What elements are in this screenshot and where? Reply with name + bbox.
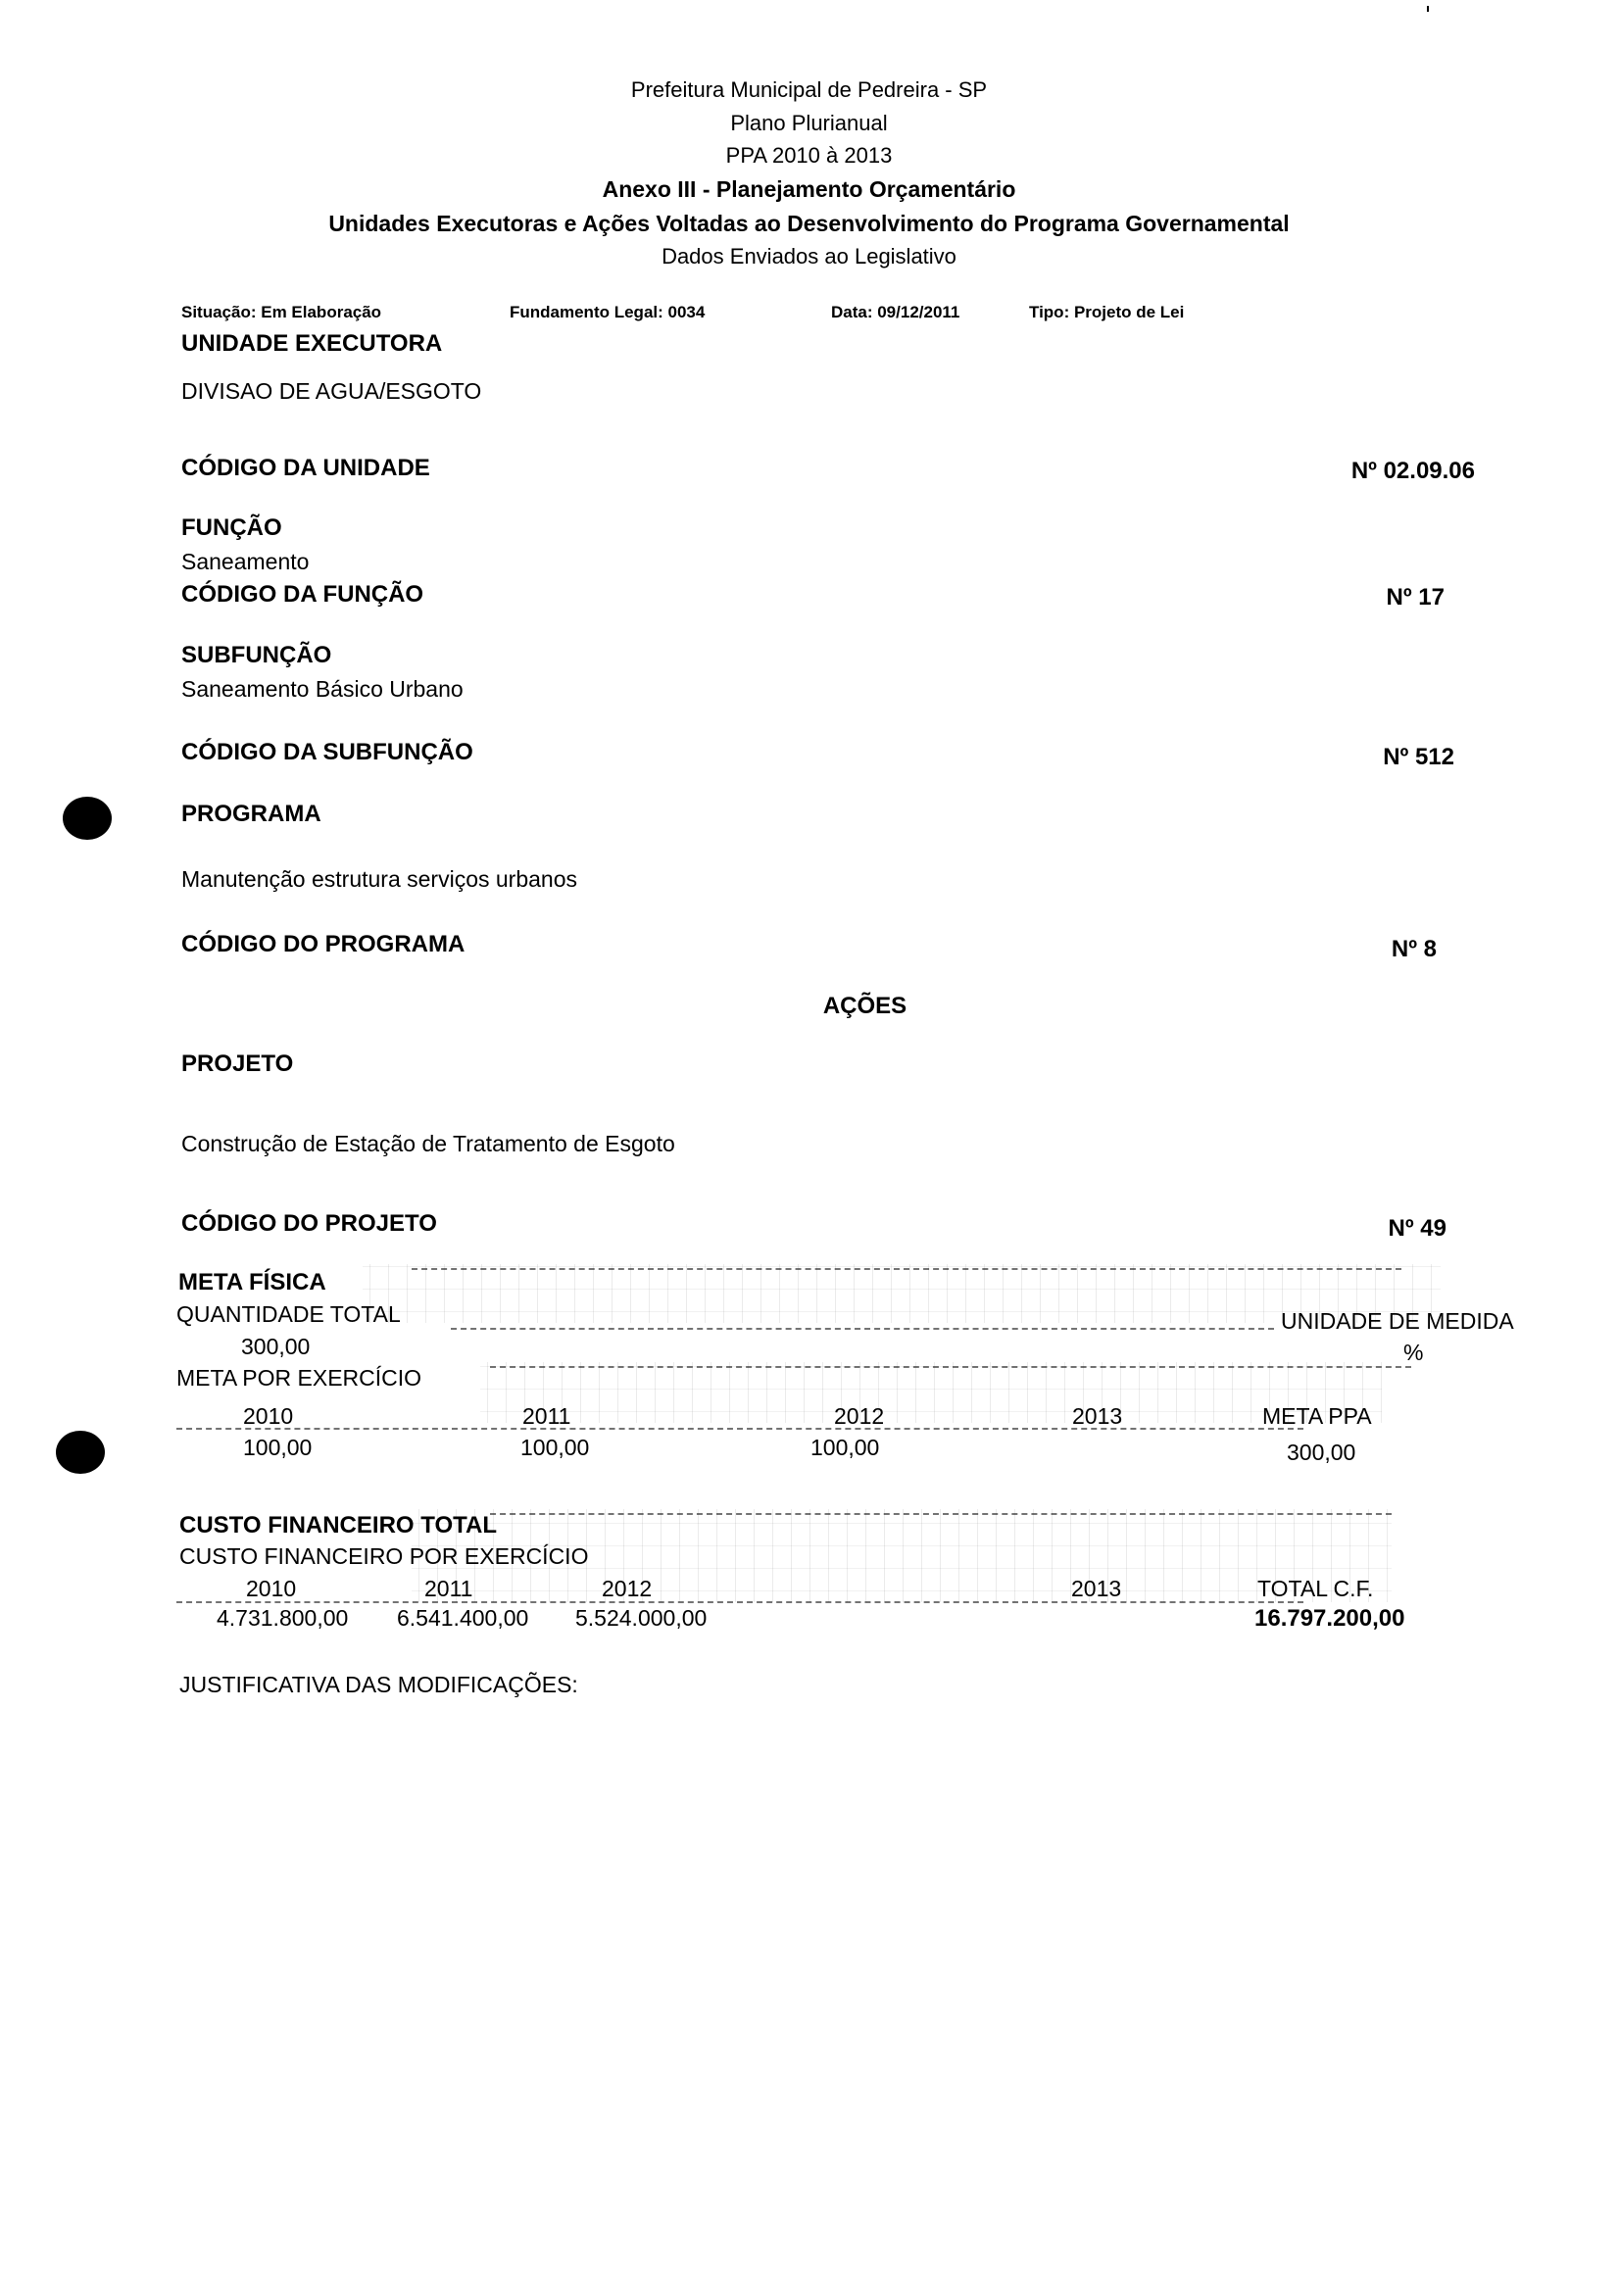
meta-tipo: Tipo: Projeto de Lei <box>1029 303 1184 322</box>
custo-por-exercicio-label: CUSTO FINANCEIRO POR EXERCÍCIO <box>179 1543 588 1570</box>
dashed-rule <box>490 1366 1411 1368</box>
meta-year-2010: 2010 <box>243 1403 293 1430</box>
custo-financeiro-total-label: CUSTO FINANCEIRO TOTAL <box>179 1512 497 1539</box>
meta-ppa-label: META PPA <box>1262 1403 1372 1430</box>
scan-speck <box>1427 6 1429 12</box>
meta-ppa-value: 300,00 <box>1287 1440 1355 1466</box>
funcao-label: FUNÇÃO <box>181 514 282 542</box>
subfuncao-value: Saneamento Básico Urbano <box>181 676 464 703</box>
meta-year-2011: 2011 <box>522 1403 570 1430</box>
scan-noise <box>363 1264 1441 1323</box>
projeto-value: Construção de Estação de Tratamento de E… <box>181 1131 675 1157</box>
header-subtitle: Unidades Executoras e Ações Voltadas ao … <box>0 211 1618 237</box>
custo-year-2011: 2011 <box>424 1576 472 1602</box>
header-annex: Anexo III - Planejamento Orçamentário <box>0 176 1618 203</box>
unidade-executora-value: DIVISAO DE AGUA/ESGOTO <box>181 378 481 405</box>
quantidade-total-value: 300,00 <box>241 1334 310 1360</box>
meta-por-exercicio-label: META POR EXERCÍCIO <box>176 1365 421 1392</box>
meta-value-2011: 100,00 <box>520 1435 589 1461</box>
codigo-funcao-value: Nº 17 <box>1387 584 1445 611</box>
hole-punch-icon <box>63 797 112 840</box>
meta-fundamento: Fundamento Legal: 0034 <box>510 303 705 322</box>
projeto-label: PROJETO <box>181 1050 293 1078</box>
custo-year-2012: 2012 <box>602 1576 652 1602</box>
acoes-heading: AÇÕES <box>0 993 1618 1020</box>
subfuncao-label: SUBFUNÇÃO <box>181 642 331 669</box>
funcao-value: Saneamento <box>181 549 309 575</box>
meta-data: Data: 09/12/2011 <box>831 303 959 322</box>
quantidade-total-label: QUANTIDADE TOTAL <box>176 1301 401 1328</box>
dashed-rule <box>490 1513 1392 1515</box>
header-period: PPA 2010 à 2013 <box>0 143 1618 169</box>
codigo-programa-label: CÓDIGO DO PROGRAMA <box>181 931 465 958</box>
header-plan: Plano Plurianual <box>0 111 1618 136</box>
custo-year-2010: 2010 <box>246 1576 296 1602</box>
codigo-programa-value: Nº 8 <box>1392 936 1437 963</box>
meta-value-2012: 100,00 <box>810 1435 879 1461</box>
justificativa-label: JUSTIFICATIVA DAS MODIFICAÇÕES: <box>179 1672 578 1698</box>
scan-noise <box>480 1362 1382 1423</box>
dashed-rule <box>176 1601 1303 1603</box>
header-status-line: Dados Enviados ao Legislativo <box>0 244 1618 269</box>
programa-label: PROGRAMA <box>181 801 321 828</box>
dashed-rule <box>412 1268 1401 1270</box>
header-municipality: Prefeitura Municipal de Pedreira - SP <box>0 77 1618 103</box>
meta-year-2013: 2013 <box>1072 1403 1122 1430</box>
codigo-funcao-label: CÓDIGO DA FUNÇÃO <box>181 581 423 609</box>
codigo-subfuncao-label: CÓDIGO DA SUBFUNÇÃO <box>181 739 473 766</box>
dashed-rule <box>176 1428 1303 1430</box>
codigo-unidade-value: Nº 02.09.06 <box>1351 458 1475 485</box>
unidade-medida-value: % <box>1403 1340 1423 1366</box>
hole-punch-icon <box>56 1431 105 1474</box>
codigo-projeto-label: CÓDIGO DO PROJETO <box>181 1210 437 1238</box>
meta-value-2010: 100,00 <box>243 1435 312 1461</box>
dashed-rule <box>451 1328 1274 1330</box>
codigo-unidade-label: CÓDIGO DA UNIDADE <box>181 455 430 482</box>
codigo-subfuncao-value: Nº 512 <box>1383 744 1454 771</box>
unidade-medida-label: UNIDADE DE MEDIDA <box>1281 1308 1514 1335</box>
custo-year-2013: 2013 <box>1071 1576 1121 1602</box>
meta-fisica-label: META FÍSICA <box>178 1269 326 1296</box>
meta-situacao: Situação: Em Elaboração <box>181 303 381 322</box>
unidade-executora-label: UNIDADE EXECUTORA <box>181 330 442 358</box>
meta-year-2012: 2012 <box>834 1403 884 1430</box>
custo-value-2011: 6.541.400,00 <box>397 1605 528 1632</box>
total-cf-label: TOTAL C.F. <box>1257 1576 1373 1602</box>
total-cf-value: 16.797.200,00 <box>1254 1605 1404 1633</box>
codigo-projeto-value: Nº 49 <box>1389 1215 1446 1243</box>
programa-value: Manutenção estrutura serviços urbanos <box>181 866 577 893</box>
custo-value-2012: 5.524.000,00 <box>575 1605 707 1632</box>
custo-value-2010: 4.731.800,00 <box>217 1605 348 1632</box>
